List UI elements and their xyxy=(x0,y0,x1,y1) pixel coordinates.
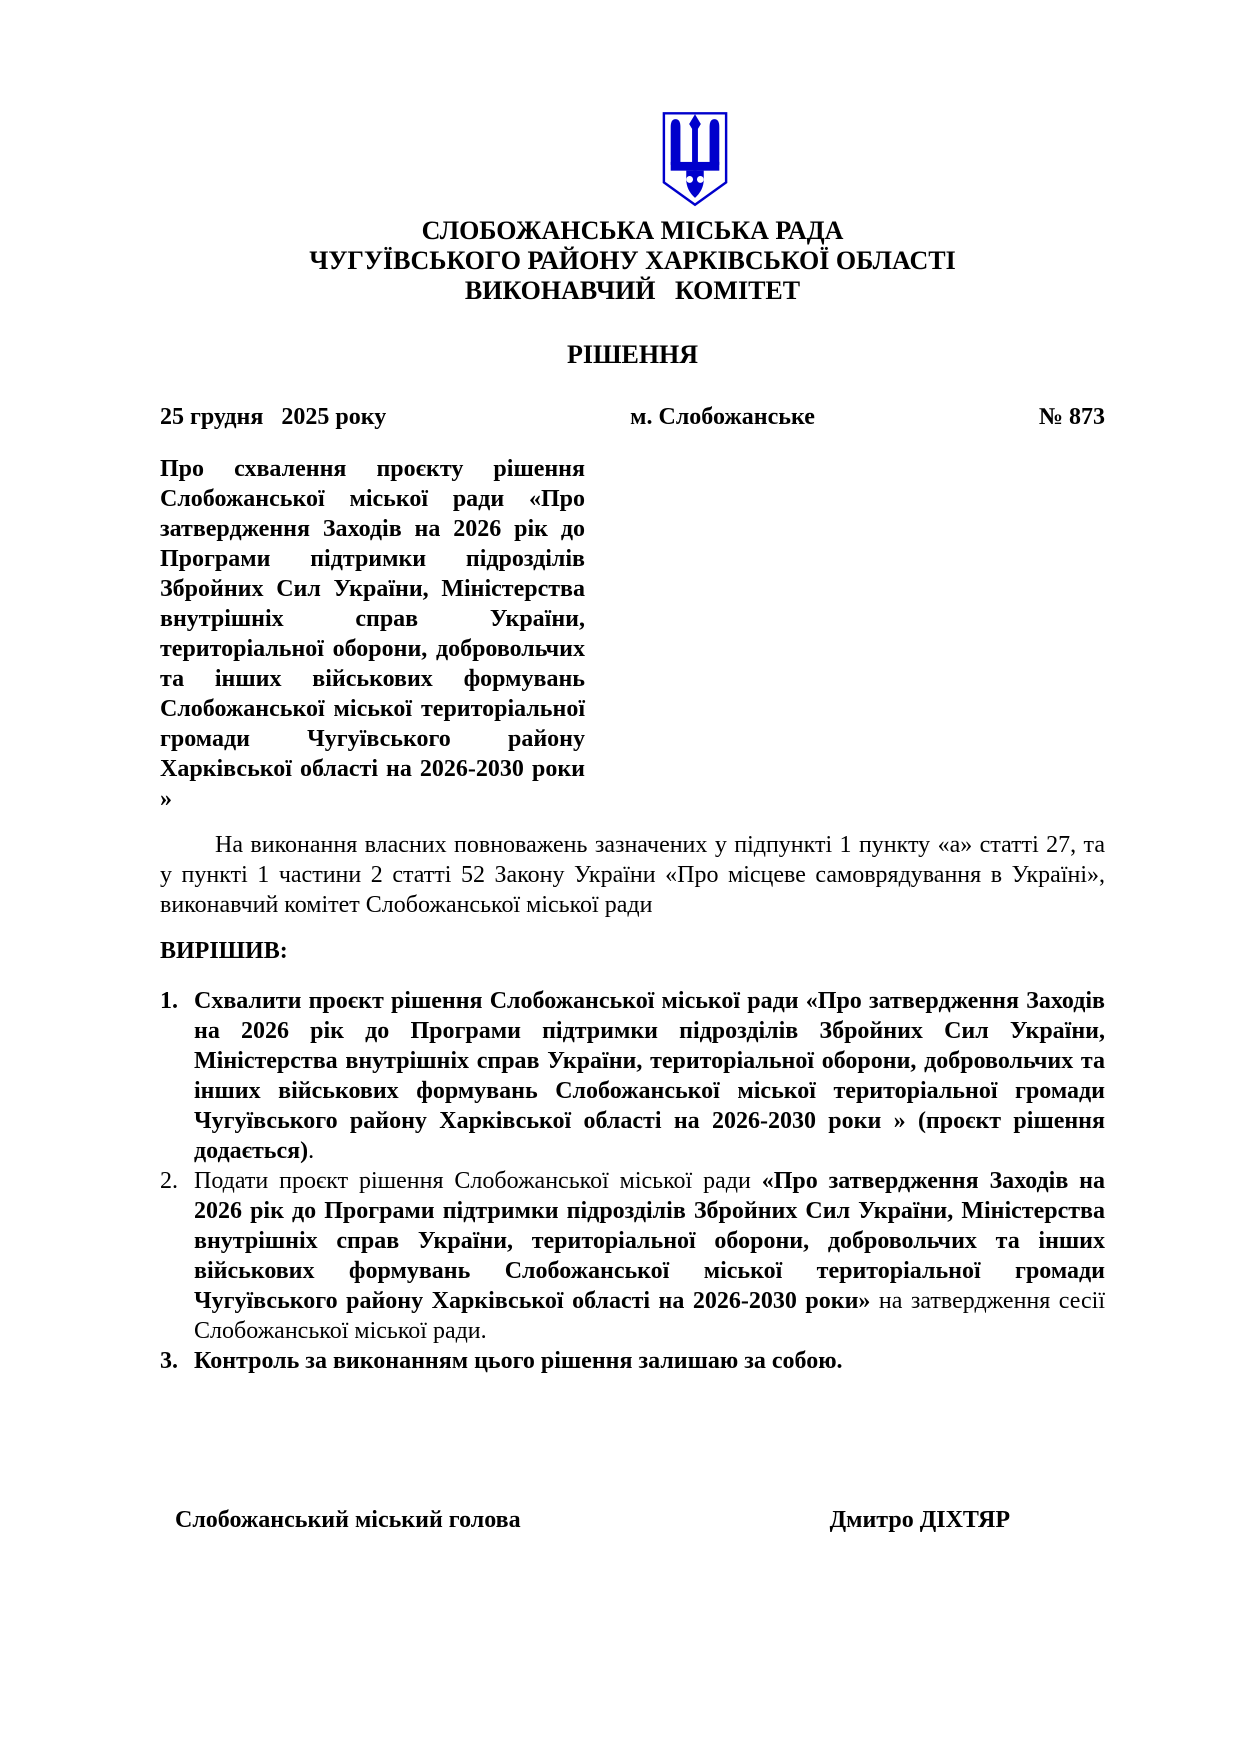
list-item: 3.Контроль за виконанням цього рішення з… xyxy=(160,1346,1105,1376)
signature-row: Слобожанський міський голова Дмитро ДІХТ… xyxy=(160,1505,1105,1535)
ukraine-trident-icon xyxy=(660,110,730,208)
item-number: 1. xyxy=(160,986,194,1016)
item-number: 3. xyxy=(160,1346,194,1376)
resolved-label: ВИРІШИВ: xyxy=(160,936,1105,966)
document-date: 25 грудня 2025 року xyxy=(160,402,500,432)
org-name-line1: СЛОБОЖАНСЬКА МІСЬКА РАДА xyxy=(160,216,1105,246)
signer-title: Слобожанський міський голова xyxy=(160,1505,521,1535)
document-place: м. Слобожанське xyxy=(500,402,945,432)
item-text: Схвалити проєкт рішення Слобожанської мі… xyxy=(194,986,1105,1166)
list-item: 2.Подати проєкт рішення Слобожанської мі… xyxy=(160,1166,1105,1346)
subject-paragraph: Про схвалення проєкту рішення Слобожансь… xyxy=(160,454,585,814)
resolution-items-list: 1.Схвалити проєкт рішення Слобожанської … xyxy=(160,986,1105,1376)
document-type-title: РІШЕННЯ xyxy=(160,340,1105,370)
signer-name: Дмитро ДІХТЯР xyxy=(830,1505,1010,1535)
org-header: СЛОБОЖАНСЬКА МІСЬКА РАДА ЧУГУЇВСЬКОГО РА… xyxy=(160,216,1105,306)
item-text: Подати проєкт рішення Слобожанської місь… xyxy=(194,1166,1105,1346)
document-number: № 873 xyxy=(945,402,1105,432)
emblem-container xyxy=(160,110,1105,208)
list-item: 1.Схвалити проєкт рішення Слобожанської … xyxy=(160,986,1105,1166)
date-place-number-row: 25 грудня 2025 року м. Слобожанське № 87… xyxy=(160,402,1105,432)
org-name-line3: ВИКОНАВЧИЙ КОМІТЕТ xyxy=(160,276,1105,306)
preamble-paragraph: На виконання власних повноважень зазначе… xyxy=(160,830,1105,920)
document-page: СЛОБОЖАНСЬКА МІСЬКА РАДА ЧУГУЇВСЬКОГО РА… xyxy=(0,0,1240,1754)
item-number: 2. xyxy=(160,1166,194,1196)
org-name-line2: ЧУГУЇВСЬКОГО РАЙОНУ ХАРКІВСЬКОЇ ОБЛАСТІ xyxy=(160,246,1105,276)
item-text: Контроль за виконанням цього рішення зал… xyxy=(194,1346,1105,1376)
